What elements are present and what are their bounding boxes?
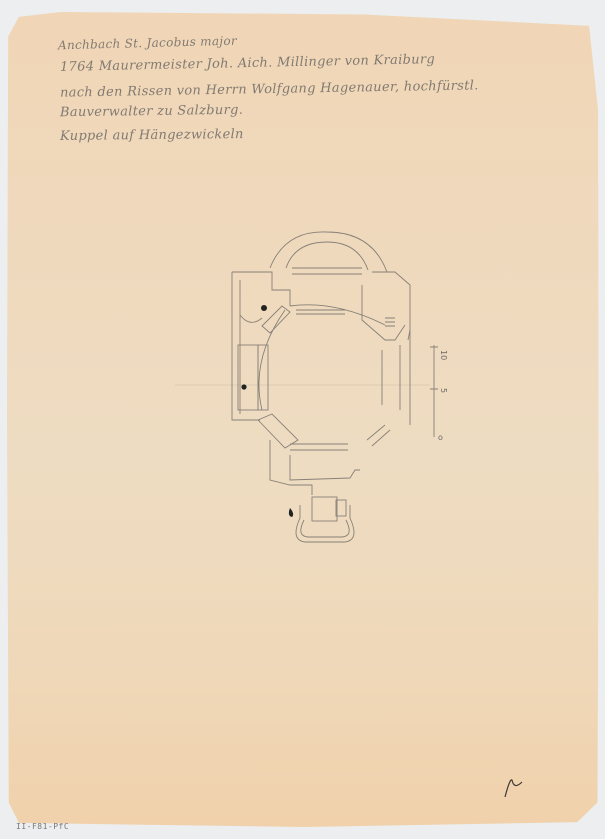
floor-plan-drawing: 10 5 o — [0, 0, 605, 839]
ink-blot — [261, 305, 267, 311]
corner-mark — [505, 780, 522, 797]
svg-text:10: 10 — [439, 350, 448, 360]
svg-text:5: 5 — [439, 388, 448, 393]
svg-text:o: o — [438, 433, 443, 442]
catalog-stamp: II-F81-PfC — [16, 822, 69, 831]
